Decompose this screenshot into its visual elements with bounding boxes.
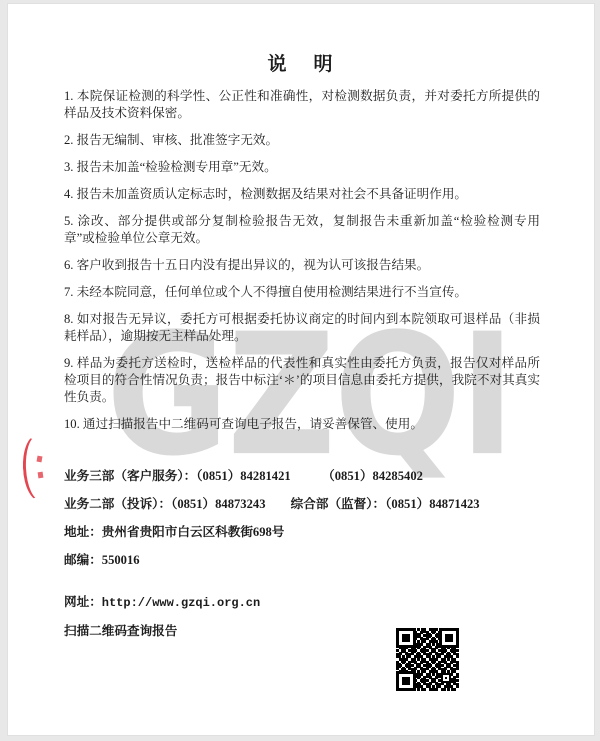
instruction-item-3: 3. 报告未加盖“检验检测专用章”无效。 (64, 159, 540, 176)
instruction-item-10: 10. 通过扫描报告中二维码可查询电子报告，请妥善保管、使用。 (64, 416, 540, 433)
instruction-item-5: 5. 涂改、部分提供或部分复制检验报告无效，复制报告未重新加盖“检验检测专用章”… (64, 213, 540, 247)
contact-dept3-phones: 业务三部（客户服务）：（0851）84281421 （0851）84285402 (64, 468, 540, 485)
contact-block: 业务三部（客户服务）：（0851）84281421 （0851）84285402… (64, 468, 540, 640)
page-title: 说 明 (64, 54, 540, 76)
instruction-item-8: 8. 如对报告无异议，委托方可根据委托协议商定的时间内到本院领取可退样品（非损耗… (64, 311, 540, 345)
seal-text-mark (37, 456, 43, 463)
instruction-item-4: 4. 报告未加盖资质认定标志时，检测数据及结果对社会不具备证明作用。 (64, 186, 540, 203)
qr-alignment-pattern (441, 673, 451, 683)
qr-code (396, 628, 459, 691)
instruction-item-2: 2. 报告无编制、审核、批准签字无效。 (64, 132, 540, 149)
contact-website: 网址：http://www.gzqi.org.cn (64, 594, 540, 612)
contact-dept2-phones: 业务二部（投诉）：（0851）84873243 综合部（监督）：（0851）84… (64, 496, 540, 513)
contact-address: 地址：贵州省贵阳市白云区科教街698号 (64, 524, 540, 541)
instruction-item-9: 9. 样品为委托方送检时，送检样品的代表性和真实性由委托方负责，报告仅对样品所检… (64, 355, 540, 406)
qr-finder-top-left (396, 628, 416, 648)
qr-finder-top-right (439, 628, 459, 648)
website-label: 网址： (64, 595, 102, 609)
website-url: http://www.gzqi.org.cn (102, 596, 260, 610)
seal-text-mark (38, 472, 44, 479)
contact-postcode: 邮编：550016 (64, 552, 540, 569)
document-page: GZQI 说 明 1. 本院保证检测的科学性、公正性和准确性，对检测数据负责，并… (7, 3, 595, 736)
instruction-item-6: 6. 客户收到报告十五日内没有提出异议的，视为认可该报告结果。 (64, 257, 540, 274)
instruction-item-1: 1. 本院保证检测的科学性、公正性和准确性，对检测数据负责，并对委托方所提供的样… (64, 88, 540, 122)
instruction-item-7: 7. 未经本院同意，任何单位或个人不得擅自使用检测结果进行不当宣传。 (64, 284, 540, 301)
qr-caption: 扫描二维码查询报告 (64, 623, 540, 640)
document-content: 说 明 1. 本院保证检测的科学性、公正性和准确性，对检测数据负责，并对委托方所… (8, 4, 594, 640)
qr-finder-bottom-left (396, 671, 416, 691)
instruction-list: 1. 本院保证检测的科学性、公正性和准确性，对检测数据负责，并对委托方所提供的样… (64, 88, 540, 433)
